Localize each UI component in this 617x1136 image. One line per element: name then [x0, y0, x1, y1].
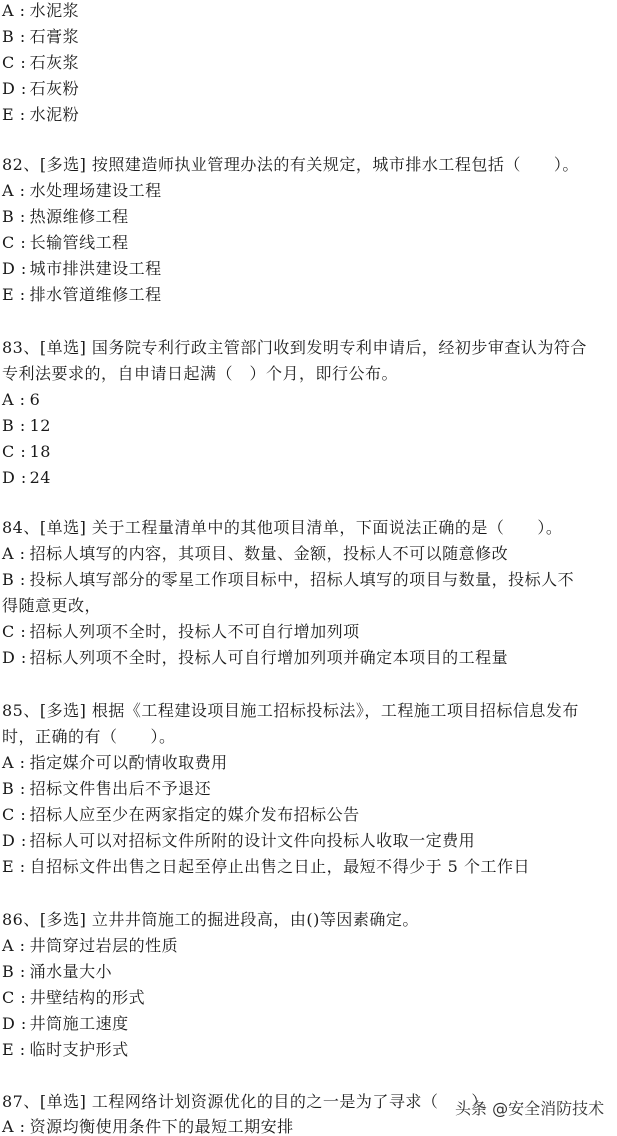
option-letter: A :: [2, 936, 24, 956]
option-e: E : 自招标文件出售之日起至停止出售之日止，最短不得少于 5 个工作日: [2, 857, 617, 877]
option-b: B : 热源维修工程: [2, 207, 617, 227]
watermark: 头条 @安全消防技术: [455, 1096, 604, 1119]
option-d: D : 24: [2, 468, 617, 488]
option-text: 热源维修工程: [30, 207, 129, 226]
option-text: 井筒施工速度: [30, 1014, 129, 1033]
option-text: 招标人列项不全时，投标人不可自行增加列项: [30, 622, 360, 641]
question-84-stem: 84、[单选] 关于工程量清单中的其他项目清单，下面说法正确的是（ ）。: [2, 518, 617, 538]
question-85-stem: 85、[多选] 根据《工程建设项目施工招标投标法》，工程施工项目招标信息发布: [2, 701, 617, 721]
option-letter: C :: [2, 622, 24, 642]
question-85-stem-cont: 时，正确的有（ ）。: [2, 727, 617, 747]
option-text: 6: [30, 390, 41, 409]
option-d: D : 城市排洪建设工程: [2, 259, 617, 279]
option-text: 长输管线工程: [30, 233, 129, 252]
option-text: 临时支护形式: [30, 1040, 129, 1059]
option-letter: D :: [2, 468, 24, 488]
option-text: 城市排洪建设工程: [30, 259, 162, 278]
option-c: C : 招标人列项不全时，投标人不可自行增加列项: [2, 622, 617, 642]
option-letter: A :: [2, 544, 24, 564]
option-letter: B :: [2, 207, 24, 227]
option-text: 井壁结构的形式: [30, 988, 146, 1007]
option-text: 自招标文件出售之日起至停止出售之日止，最短不得少于 5 个工作日: [30, 857, 530, 876]
option-d: D : 井筒施工速度: [2, 1014, 617, 1034]
option-text: 指定媒介可以酌情收取费用: [30, 753, 228, 772]
option-text: 招标文件售出后不予退还: [30, 779, 212, 798]
question-86-stem: 86、[多选] 立井井筒施工的掘进段高，由()等因素确定。: [2, 910, 617, 930]
option-d: D : 招标人列项不全时，投标人可自行增加列项并确定本项目的工程量: [2, 648, 617, 668]
option-letter: D :: [2, 831, 24, 851]
option-text: 水泥粉: [30, 105, 80, 124]
option-letter: A :: [2, 390, 24, 410]
option-b: B : 涌水量大小: [2, 962, 617, 982]
option-letter: B :: [2, 27, 24, 47]
option-e: E : 水泥粉: [2, 105, 617, 125]
option-text: 招标人填写的内容，其项目、数量、金额，投标人不可以随意修改: [30, 544, 509, 563]
option-e: E : 排水管道维修工程: [2, 285, 617, 305]
option-a: A : 水处理场建设工程: [2, 181, 617, 201]
option-d: D : 招标人可以对招标文件所附的设计文件向投标人收取一定费用: [2, 831, 617, 851]
option-b-cont: 得随意更改，: [2, 596, 617, 616]
option-c: C : 长输管线工程: [2, 233, 617, 253]
option-letter: B :: [2, 779, 24, 799]
option-letter: D :: [2, 259, 24, 279]
option-text: 招标人列项不全时，投标人可自行增加列项并确定本项目的工程量: [30, 648, 509, 667]
option-c: C : 井壁结构的形式: [2, 988, 617, 1008]
option-text: 资源均衡使用条件下的最短工期安排: [30, 1117, 294, 1136]
option-letter: D :: [2, 648, 24, 668]
option-text: 水泥浆: [30, 1, 80, 20]
option-c: C : 18: [2, 442, 617, 462]
option-letter: E :: [2, 105, 24, 125]
option-c: C : 石灰浆: [2, 53, 617, 73]
option-text: 石灰粉: [30, 79, 80, 98]
option-b: B : 12: [2, 416, 617, 436]
option-a: A : 招标人填写的内容，其项目、数量、金额，投标人不可以随意修改: [2, 544, 617, 564]
option-text: 24: [30, 468, 51, 487]
option-letter: C :: [2, 805, 24, 825]
option-b: B : 石膏浆: [2, 27, 617, 47]
option-letter: D :: [2, 1014, 24, 1034]
option-text: 投标人填写部分的零星工作项目标中，招标人填写的项目与数量，投标人不: [30, 570, 575, 589]
option-letter: A :: [2, 753, 24, 773]
option-letter: A :: [2, 181, 24, 201]
option-a: A : 井筒穿过岩层的性质: [2, 936, 617, 956]
option-text: 招标人可以对招标文件所附的设计文件向投标人收取一定费用: [30, 831, 476, 850]
option-a: A : 指定媒介可以酌情收取费用: [2, 753, 617, 773]
option-letter: C :: [2, 442, 24, 462]
option-letter: B :: [2, 416, 24, 436]
option-text: 排水管道维修工程: [30, 285, 162, 304]
question-82-stem: 82、[多选] 按照建造师执业管理办法的有关规定，城市排水工程包括（ ）。: [2, 155, 617, 175]
option-text: 井筒穿过岩层的性质: [30, 936, 179, 955]
option-letter: A :: [2, 1, 24, 21]
option-letter: E :: [2, 857, 24, 877]
option-e: E : 临时支护形式: [2, 1040, 617, 1060]
option-a: A : 水泥浆: [2, 1, 617, 21]
option-c: C : 招标人应至少在两家指定的媒介发布招标公告: [2, 805, 617, 825]
option-letter: B :: [2, 962, 24, 982]
question-83-stem-cont: 专利法要求的，自申请日起满（ ）个月，即行公布。: [2, 364, 617, 384]
option-a: A : 6: [2, 390, 617, 410]
option-text: 12: [30, 416, 51, 435]
option-b: B : 投标人填写部分的零星工作项目标中，招标人填写的项目与数量，投标人不: [2, 570, 617, 590]
option-letter: B :: [2, 570, 24, 590]
option-text: 招标人应至少在两家指定的媒介发布招标公告: [30, 805, 360, 824]
option-b: B : 招标文件售出后不予退还: [2, 779, 617, 799]
option-text: 石灰浆: [30, 53, 80, 72]
option-letter: C :: [2, 988, 24, 1008]
option-text: 水处理场建设工程: [30, 181, 162, 200]
option-letter: E :: [2, 1040, 24, 1060]
option-text: 石膏浆: [30, 27, 80, 46]
option-d: D : 石灰粉: [2, 79, 617, 99]
question-83-stem: 83、[单选] 国务院专利行政主管部门收到发明专利申请后，经初步审查认为符合: [2, 338, 617, 358]
option-a: A : 资源均衡使用条件下的最短工期安排: [2, 1117, 617, 1136]
option-letter: C :: [2, 233, 24, 253]
option-text: 涌水量大小: [30, 962, 113, 981]
option-text: 18: [30, 442, 51, 461]
option-letter: A :: [2, 1117, 24, 1136]
option-letter: D :: [2, 79, 24, 99]
option-letter: E :: [2, 285, 24, 305]
option-letter: C :: [2, 53, 24, 73]
